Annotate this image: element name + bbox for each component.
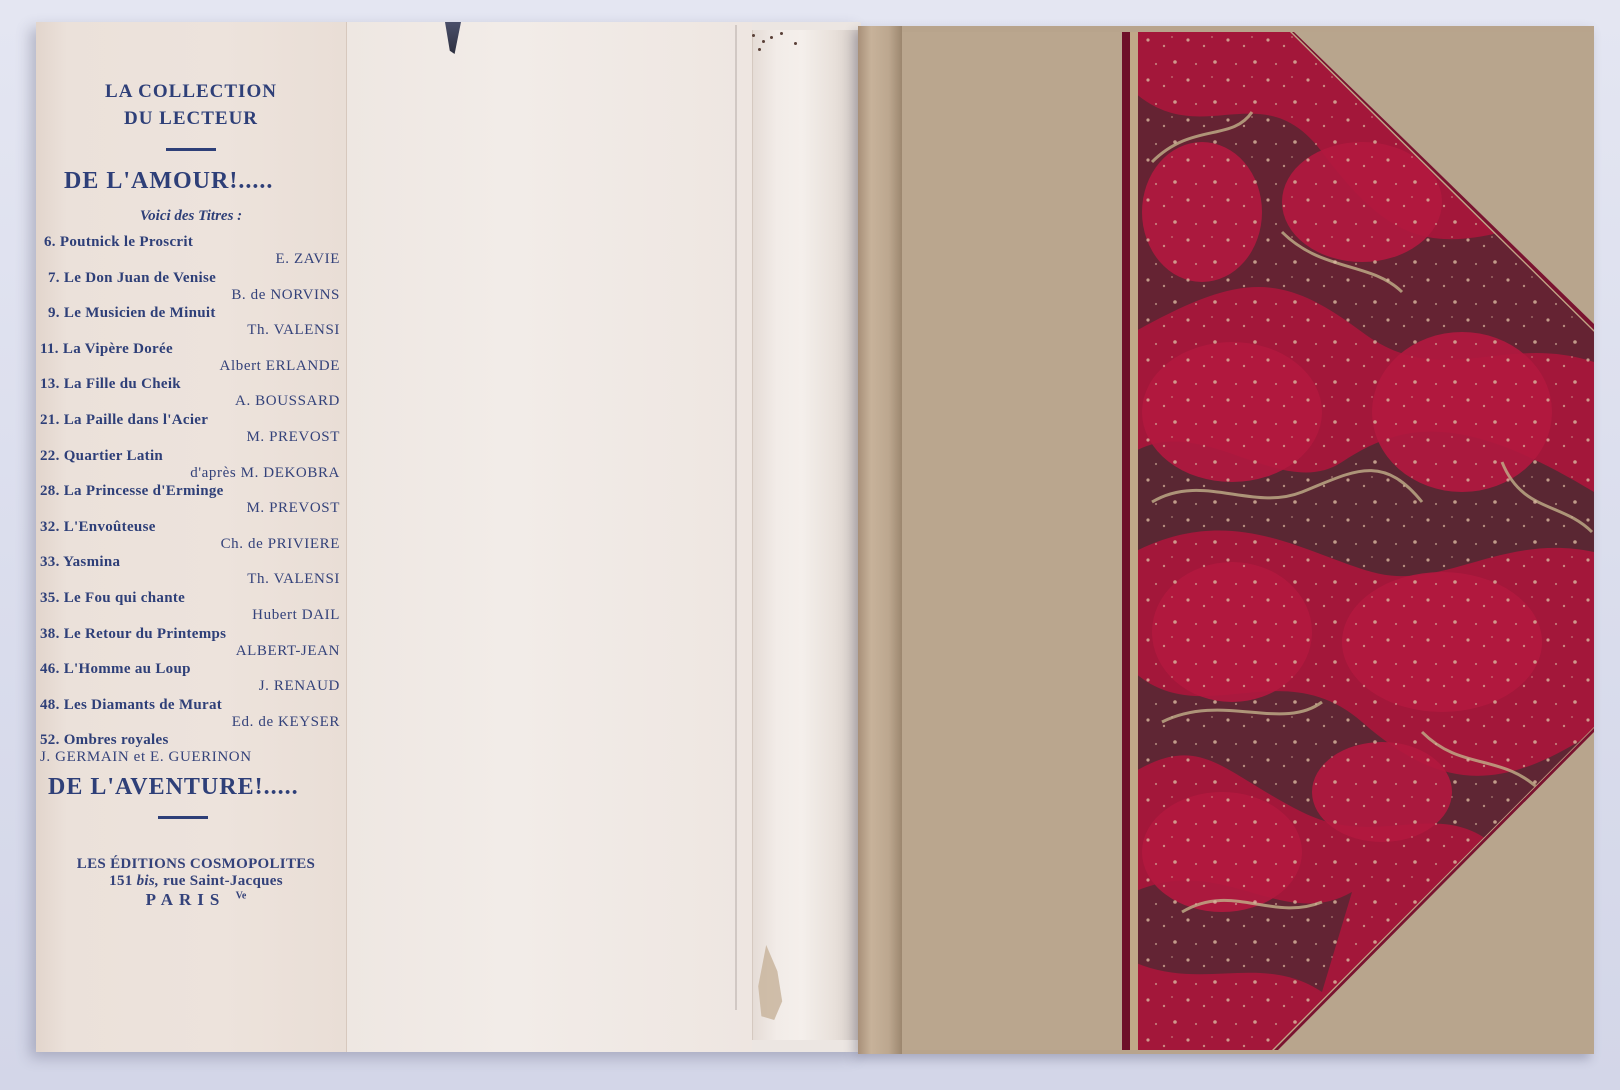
title-name: La Princesse d'Erminge: [64, 483, 224, 499]
title-number: 28.: [40, 483, 60, 499]
title-name: Les Diamants de Murat: [64, 697, 222, 713]
title-entry: 28. La Princesse d'Erminge M. PREVOST: [44, 483, 340, 519]
title-entry: 11. La Vipère Dorée Albert ERLANDE: [44, 341, 340, 377]
cover-board: [902, 32, 1594, 1050]
dust-jacket: LA COLLECTION DU LECTEUR DE L'AMOUR!....…: [36, 22, 861, 1052]
title-entry: 21. La Paille dans l'Acier M. PREVOST: [44, 412, 340, 448]
title-number: 21.: [40, 412, 60, 428]
title-author: M. PREVOST: [246, 429, 340, 446]
title-name: Yasmina: [63, 554, 120, 570]
title-entry: 13. La Fille du Cheik A. BOUSSARD: [44, 376, 340, 412]
title-entry: 48. Les Diamants de Murat Ed. de KEYSER: [44, 697, 340, 733]
title-number: 7.: [48, 270, 60, 286]
title-author: A. BOUSSARD: [235, 393, 340, 410]
title-number: 9.: [48, 305, 60, 321]
title-name: Quartier Latin: [64, 448, 163, 464]
title-name: Le Retour du Printemps: [64, 626, 227, 642]
title-name: La Paille dans l'Acier: [64, 412, 209, 428]
title-name: Le Don Juan de Venise: [64, 270, 216, 286]
title-author: ALBERT-JEAN: [236, 643, 340, 660]
collection-title-line1: LA COLLECTION: [36, 78, 346, 105]
jacket-spine: [752, 30, 862, 1040]
book-spine-edge: [858, 26, 902, 1054]
title-name: Le Musicien de Minuit: [64, 305, 216, 321]
title-author: M. PREVOST: [246, 500, 340, 517]
collection-title: LA COLLECTION DU LECTEUR: [36, 78, 346, 132]
title-entry: 38. Le Retour du Printemps ALBERT-JEAN: [44, 626, 340, 662]
title-author: d'après M. DEKOBRA: [190, 465, 340, 482]
titles-list: 6. Poutnick le Proscrit E. ZAVIE 7. Le D…: [44, 234, 340, 768]
jacket-back-panel: [347, 22, 752, 1052]
title-name: Ombres royales: [64, 732, 169, 748]
titles-intro: Voici des Titres :: [36, 208, 346, 225]
foxing-spots: [750, 30, 810, 70]
title-entry: 6. Poutnick le Proscrit E. ZAVIE: [44, 234, 340, 270]
title-entry: 35. Le Fou qui chante Hubert DAIL: [44, 590, 340, 626]
title-name: La Vipère Dorée: [63, 341, 173, 357]
title-name: L'Envoûteuse: [64, 519, 156, 535]
title-number: 22.: [40, 448, 60, 464]
title-author: J. RENAUD: [259, 678, 340, 695]
spine-fold-crease: [735, 25, 737, 1010]
divider-rule: [158, 816, 208, 819]
title-number: 46.: [40, 661, 60, 677]
title-number: 32.: [40, 519, 60, 535]
title-entry: 33. Yasmina Th. VALENSI: [44, 554, 340, 590]
title-entry: 9. Le Musicien de Minuit Th. VALENSI: [44, 305, 340, 341]
title-author: Hubert DAIL: [252, 607, 340, 624]
divider-rule: [166, 148, 216, 151]
title-author: Th. VALENSI: [247, 322, 340, 339]
title-number: 35.: [40, 590, 60, 606]
book-cover: [858, 26, 1594, 1054]
title-name: L'Homme au Loup: [64, 661, 191, 677]
title-author: Ed. de KEYSER: [232, 714, 340, 731]
title-number: 13.: [40, 376, 60, 392]
title-name: Le Fou qui chante: [64, 590, 185, 606]
title-name: Poutnick le Proscrit: [60, 234, 193, 250]
publisher-address: 151 bis, rue Saint-Jacques: [36, 873, 356, 890]
title-name: La Fille du Cheik: [64, 376, 181, 392]
title-number: 52.: [40, 732, 60, 748]
jacket-flap: LA COLLECTION DU LECTEUR DE L'AMOUR!....…: [36, 22, 347, 1052]
publisher-city: PARIS Ve: [36, 890, 356, 910]
collection-title-line2: DU LECTEUR: [36, 105, 346, 132]
title-entry: 22. Quartier Latin d'après M. DEKOBRA: [44, 448, 340, 484]
title-number: 48.: [40, 697, 60, 713]
title-author: Th. VALENSI: [247, 571, 340, 588]
publisher-name: LES ÉDITIONS COSMOPOLITES: [36, 856, 356, 873]
title-entry: 32. L'Envoûteuse Ch. de PRIVIERE: [44, 519, 340, 555]
section-heading-aventure: DE L'AVENTURE!.....: [48, 774, 299, 801]
title-author: Ch. de PRIVIERE: [221, 536, 340, 553]
title-entry: 52. Ombres royales J. GERMAIN et E. GUER…: [44, 732, 340, 768]
title-number: 11.: [40, 341, 59, 357]
title-entry: 46. L'Homme au Loup J. RENAUD: [44, 661, 340, 697]
title-author: B. de NORVINS: [231, 287, 340, 304]
title-entry: 7. Le Don Juan de Venise B. de NORVINS: [44, 270, 340, 306]
title-number: 6.: [44, 234, 56, 250]
title-number: 33.: [40, 554, 60, 570]
title-author: E. ZAVIE: [275, 251, 340, 268]
publisher-block: LES ÉDITIONS COSMOPOLITES 151 bis, rue S…: [36, 856, 356, 910]
photo-scene: LA COLLECTION DU LECTEUR DE L'AMOUR!....…: [0, 0, 1620, 1090]
title-author: Albert ERLANDE: [220, 358, 340, 375]
marbled-paper-icon: [902, 32, 1594, 1050]
section-heading-amour: DE L'AMOUR!.....: [64, 168, 273, 195]
title-number: 38.: [40, 626, 60, 642]
title-author: J. GERMAIN et E. GUERINON: [40, 749, 252, 766]
